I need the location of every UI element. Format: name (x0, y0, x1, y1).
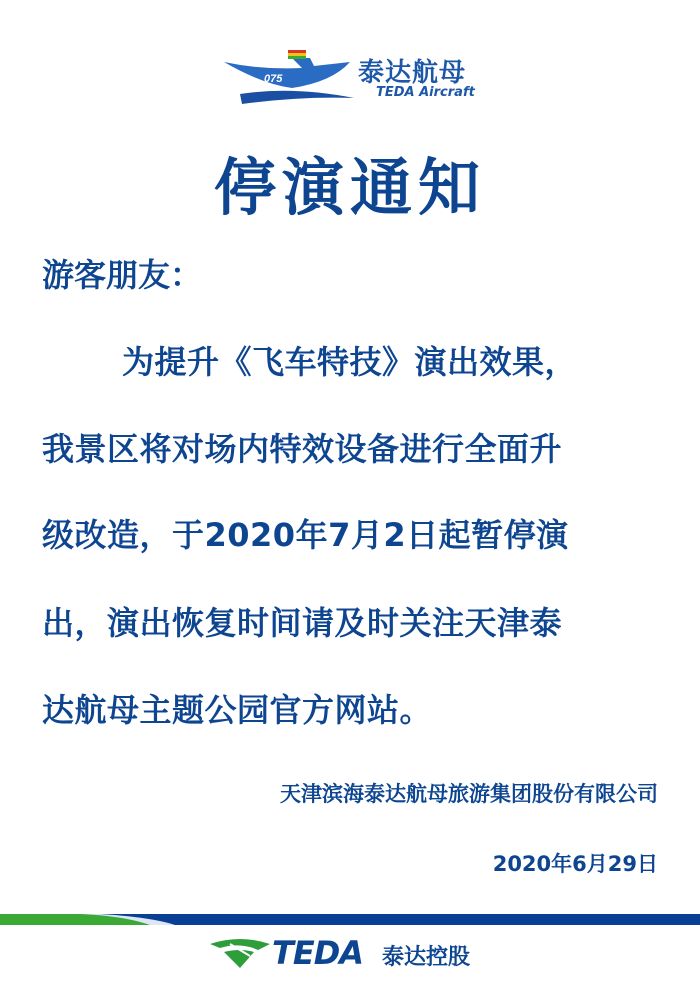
svg-text:075: 075 (264, 73, 283, 85)
body-line-2: 我景区将对场内特效设备进行全面升 (42, 424, 562, 470)
aircraft-carrier-icon: 075 (222, 48, 362, 106)
greeting: 游客朋友： (42, 250, 202, 296)
footer-stripe (0, 914, 700, 925)
teda-aircraft-logo: 075 泰达航母 TEDA Aircraft (222, 48, 482, 106)
company-name: 天津滨海泰达航母旅游集团股份有限公司 (280, 778, 658, 808)
notice-title: 停演通知 (0, 138, 700, 227)
body-line-3: 级改造，于2020年7月2日起暂停演 (42, 510, 569, 556)
teda-wordmark: TEDA (272, 934, 363, 972)
teda-holding-cn: 泰达控股 (382, 940, 470, 971)
teda-holding-logo: TEDA 泰达控股 (210, 936, 500, 970)
body-line-1: 为提升《飞车特技》演出效果， (122, 337, 577, 383)
logo-english-name: TEDA Aircraft (376, 85, 475, 100)
teda-leaf-icon (210, 936, 270, 970)
body-line-5: 达航母主题公园官方网站。 (42, 685, 432, 731)
logo-chinese-name: 泰达航母 (358, 52, 466, 89)
notice-date: 2020年6月29日 (493, 848, 658, 878)
body-line-4: 出，演出恢复时间请及时关注天津泰 (42, 598, 562, 644)
